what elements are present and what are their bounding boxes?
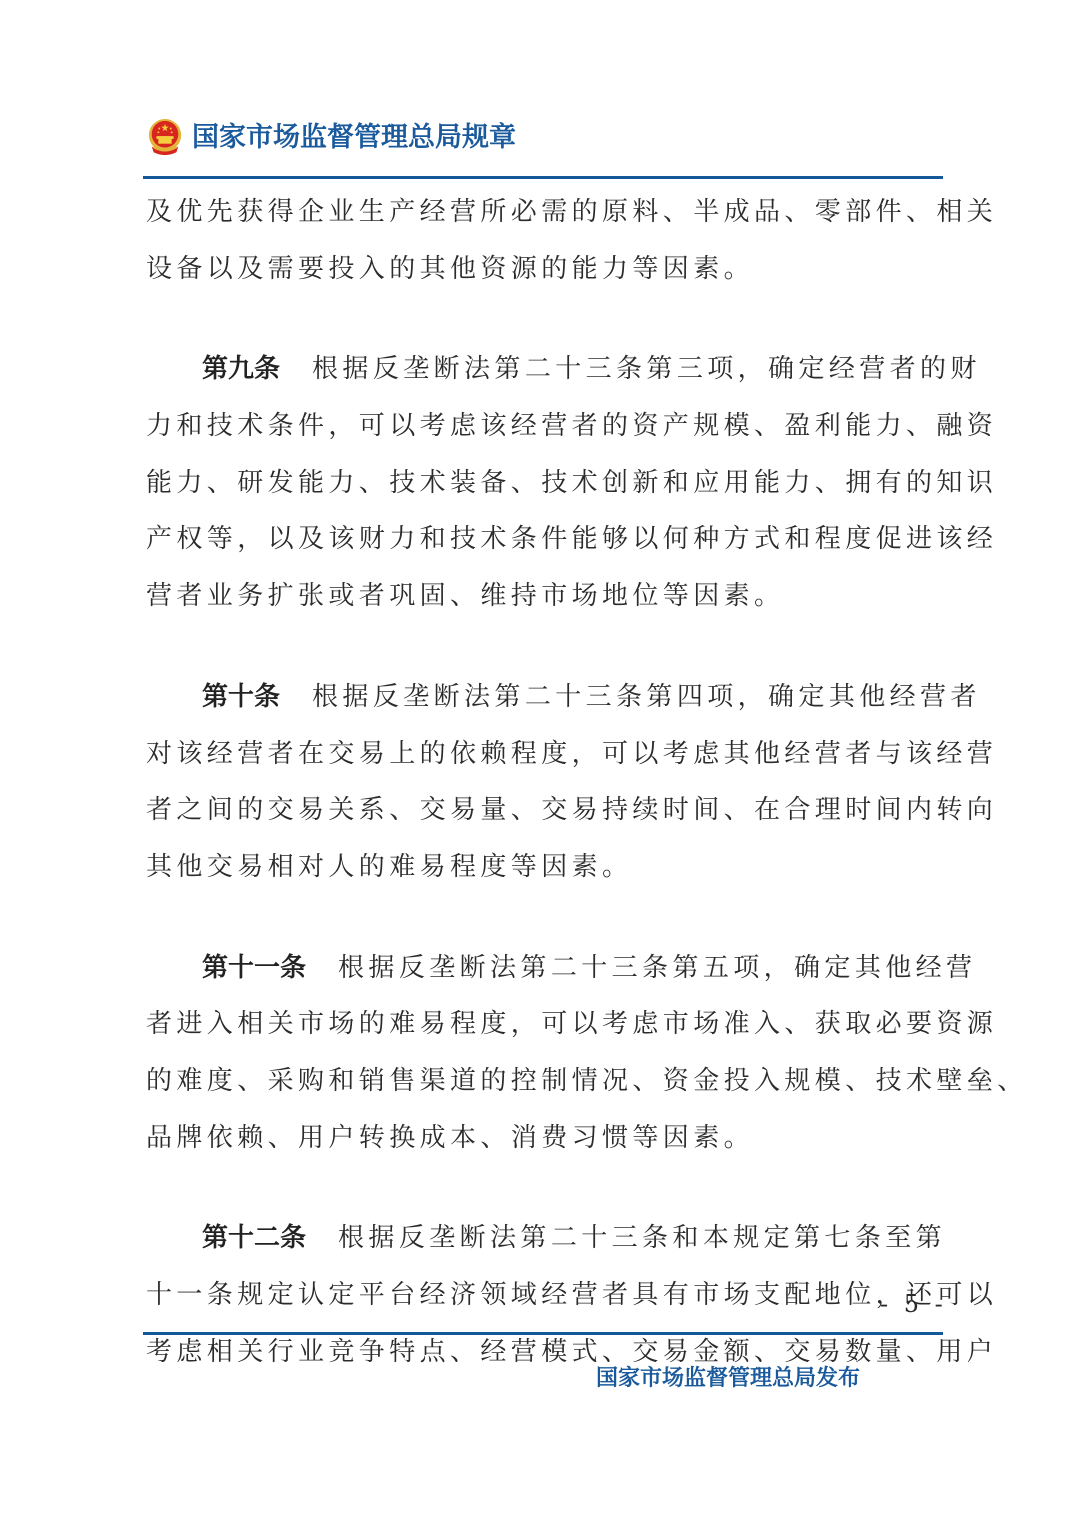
- header-title: 国家市场监督管理总局规章: [192, 118, 516, 158]
- text-line: 根据反垄断法第二十三条和本规定第七条至第: [338, 1223, 946, 1253]
- national-emblem-icon: [146, 118, 184, 158]
- text-line: 及优先获得企业生产经营所必需的原料、半成品、零部件、相关: [146, 184, 946, 241]
- text-line: 力和技术条件，可以考虑该经营者的资产规模、盈利能力、融资: [146, 398, 946, 455]
- header-divider: [143, 176, 943, 179]
- text-line: 能力、研发能力、技术装备、技术创新和应用能力、拥有的知识: [146, 455, 946, 512]
- text-line: 产权等，以及该财力和技术条件能够以何种方式和程度促进该经: [146, 511, 946, 568]
- page-header: 国家市场监督管理总局规章: [146, 116, 516, 160]
- article-number: 第九条: [202, 354, 280, 384]
- article-12: 第十二条根据反垄断法第二十三条和本规定第七条至第 十一条规定认定平台经济领域经营…: [146, 1210, 946, 1380]
- text-line: 营者业务扩张或者巩固、维持市场地位等因素。: [146, 568, 946, 625]
- text-line: 对该经营者在交易上的依赖程度，可以考虑其他经营者与该经营: [146, 726, 946, 783]
- footer-divider: [143, 1332, 943, 1335]
- article-10: 第十条根据反垄断法第二十三条第四项，确定其他经营者 对该经营者在交易上的依赖程度…: [146, 669, 946, 896]
- text-line: 根据反垄断法第二十三条第三项，确定经营者的财: [312, 354, 981, 384]
- page-number: - 5 -: [880, 1290, 947, 1318]
- text-line: 者之间的交易关系、交易量、交易持续时间、在合理时间内转向: [146, 782, 946, 839]
- continuation-paragraph: 及优先获得企业生产经营所必需的原料、半成品、零部件、相关 设备以及需要投入的其他…: [146, 184, 946, 297]
- text-line: 的难度、采购和销售渠道的控制情况、资金投入规模、技术壁垒、: [146, 1053, 946, 1110]
- text-line: 设备以及需要投入的其他资源的能力等因素。: [146, 241, 946, 298]
- text-line: 十一条规定认定平台经济领域经营者具有市场支配地位，还可以: [146, 1267, 946, 1324]
- text-line: 根据反垄断法第二十三条第四项，确定其他经营者: [312, 682, 981, 712]
- text-line: 者进入相关市场的难易程度，可以考虑市场准入、获取必要资源: [146, 996, 946, 1053]
- article-number: 第十二条: [202, 1223, 306, 1253]
- article-11: 第十一条根据反垄断法第二十三条第五项，确定其他经营 者进入相关市场的难易程度，可…: [146, 940, 946, 1167]
- article-number: 第十一条: [202, 953, 306, 983]
- article-number: 第十条: [202, 682, 280, 712]
- text-line: 品牌依赖、用户转换成本、消费习惯等因素。: [146, 1110, 946, 1167]
- article-9: 第九条根据反垄断法第二十三条第三项，确定经营者的财 力和技术条件，可以考虑该经营…: [146, 341, 946, 624]
- text-line: 其他交易相对人的难易程度等因素。: [146, 839, 946, 896]
- text-line: 根据反垄断法第二十三条第五项，确定其他经营: [338, 953, 976, 983]
- document-body: 及优先获得企业生产经营所必需的原料、半成品、零部件、相关 设备以及需要投入的其他…: [146, 184, 946, 1380]
- footer-title: 国家市场监督管理总局发布: [596, 1362, 860, 1396]
